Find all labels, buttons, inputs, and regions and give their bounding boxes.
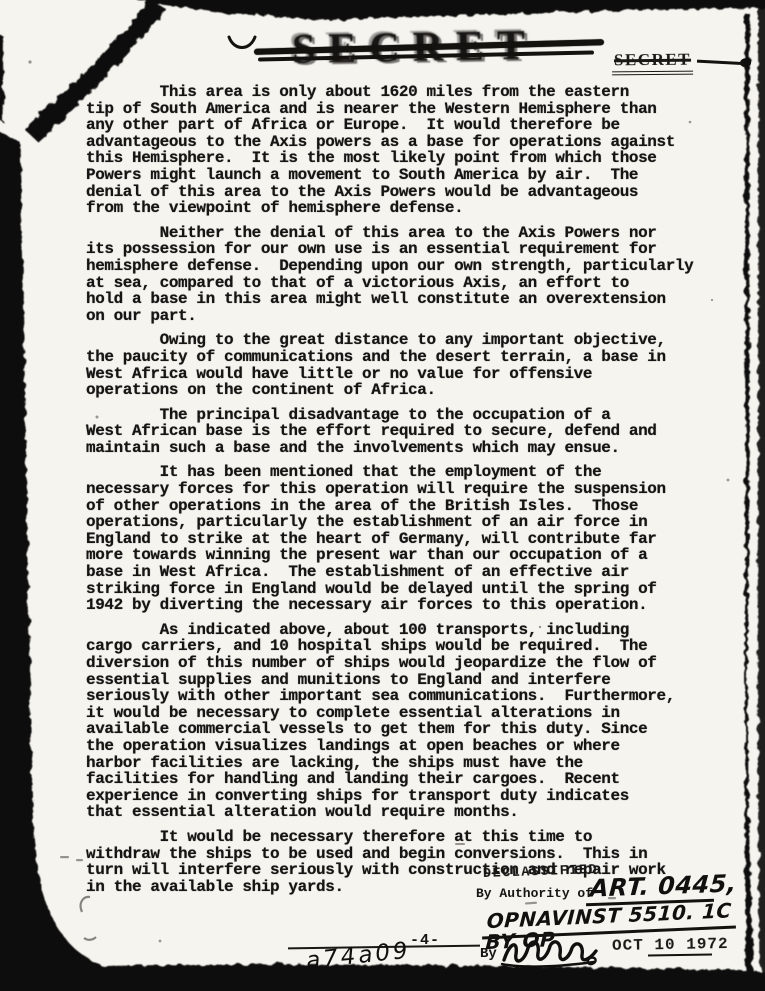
pen-curve-mark [226,34,258,54]
authority-label: By Authority of [476,887,593,901]
paragraph: The principal disadvantage to the occupa… [86,407,754,457]
by-label: By [480,947,497,962]
signature-scribble [498,936,602,972]
pen-strike-tail [697,60,749,66]
paragraph: It has been mentioned that the employmen… [86,464,754,613]
paragraph: Owing to the great distance to any impor… [86,332,754,398]
authority-handwritten-value: ART. 0445, [589,871,737,900]
document-body: This area is only about 1620 miles from … [86,84,754,903]
paragraph: As indicated above, about 100 transports… [86,622,754,821]
date-underline [648,953,712,956]
handwritten-note: a74a09 [305,939,412,974]
paragraph: This area is only about 1620 miles from … [86,84,754,217]
paragraph: Neither the denial of this area to the A… [86,225,754,325]
secret-stamp-small: SECRET [612,50,693,76]
scanned-document-page: SECRET SECRET This area is only about 16… [0,0,765,991]
date-stamp: OCT 10 1972 [612,936,729,954]
